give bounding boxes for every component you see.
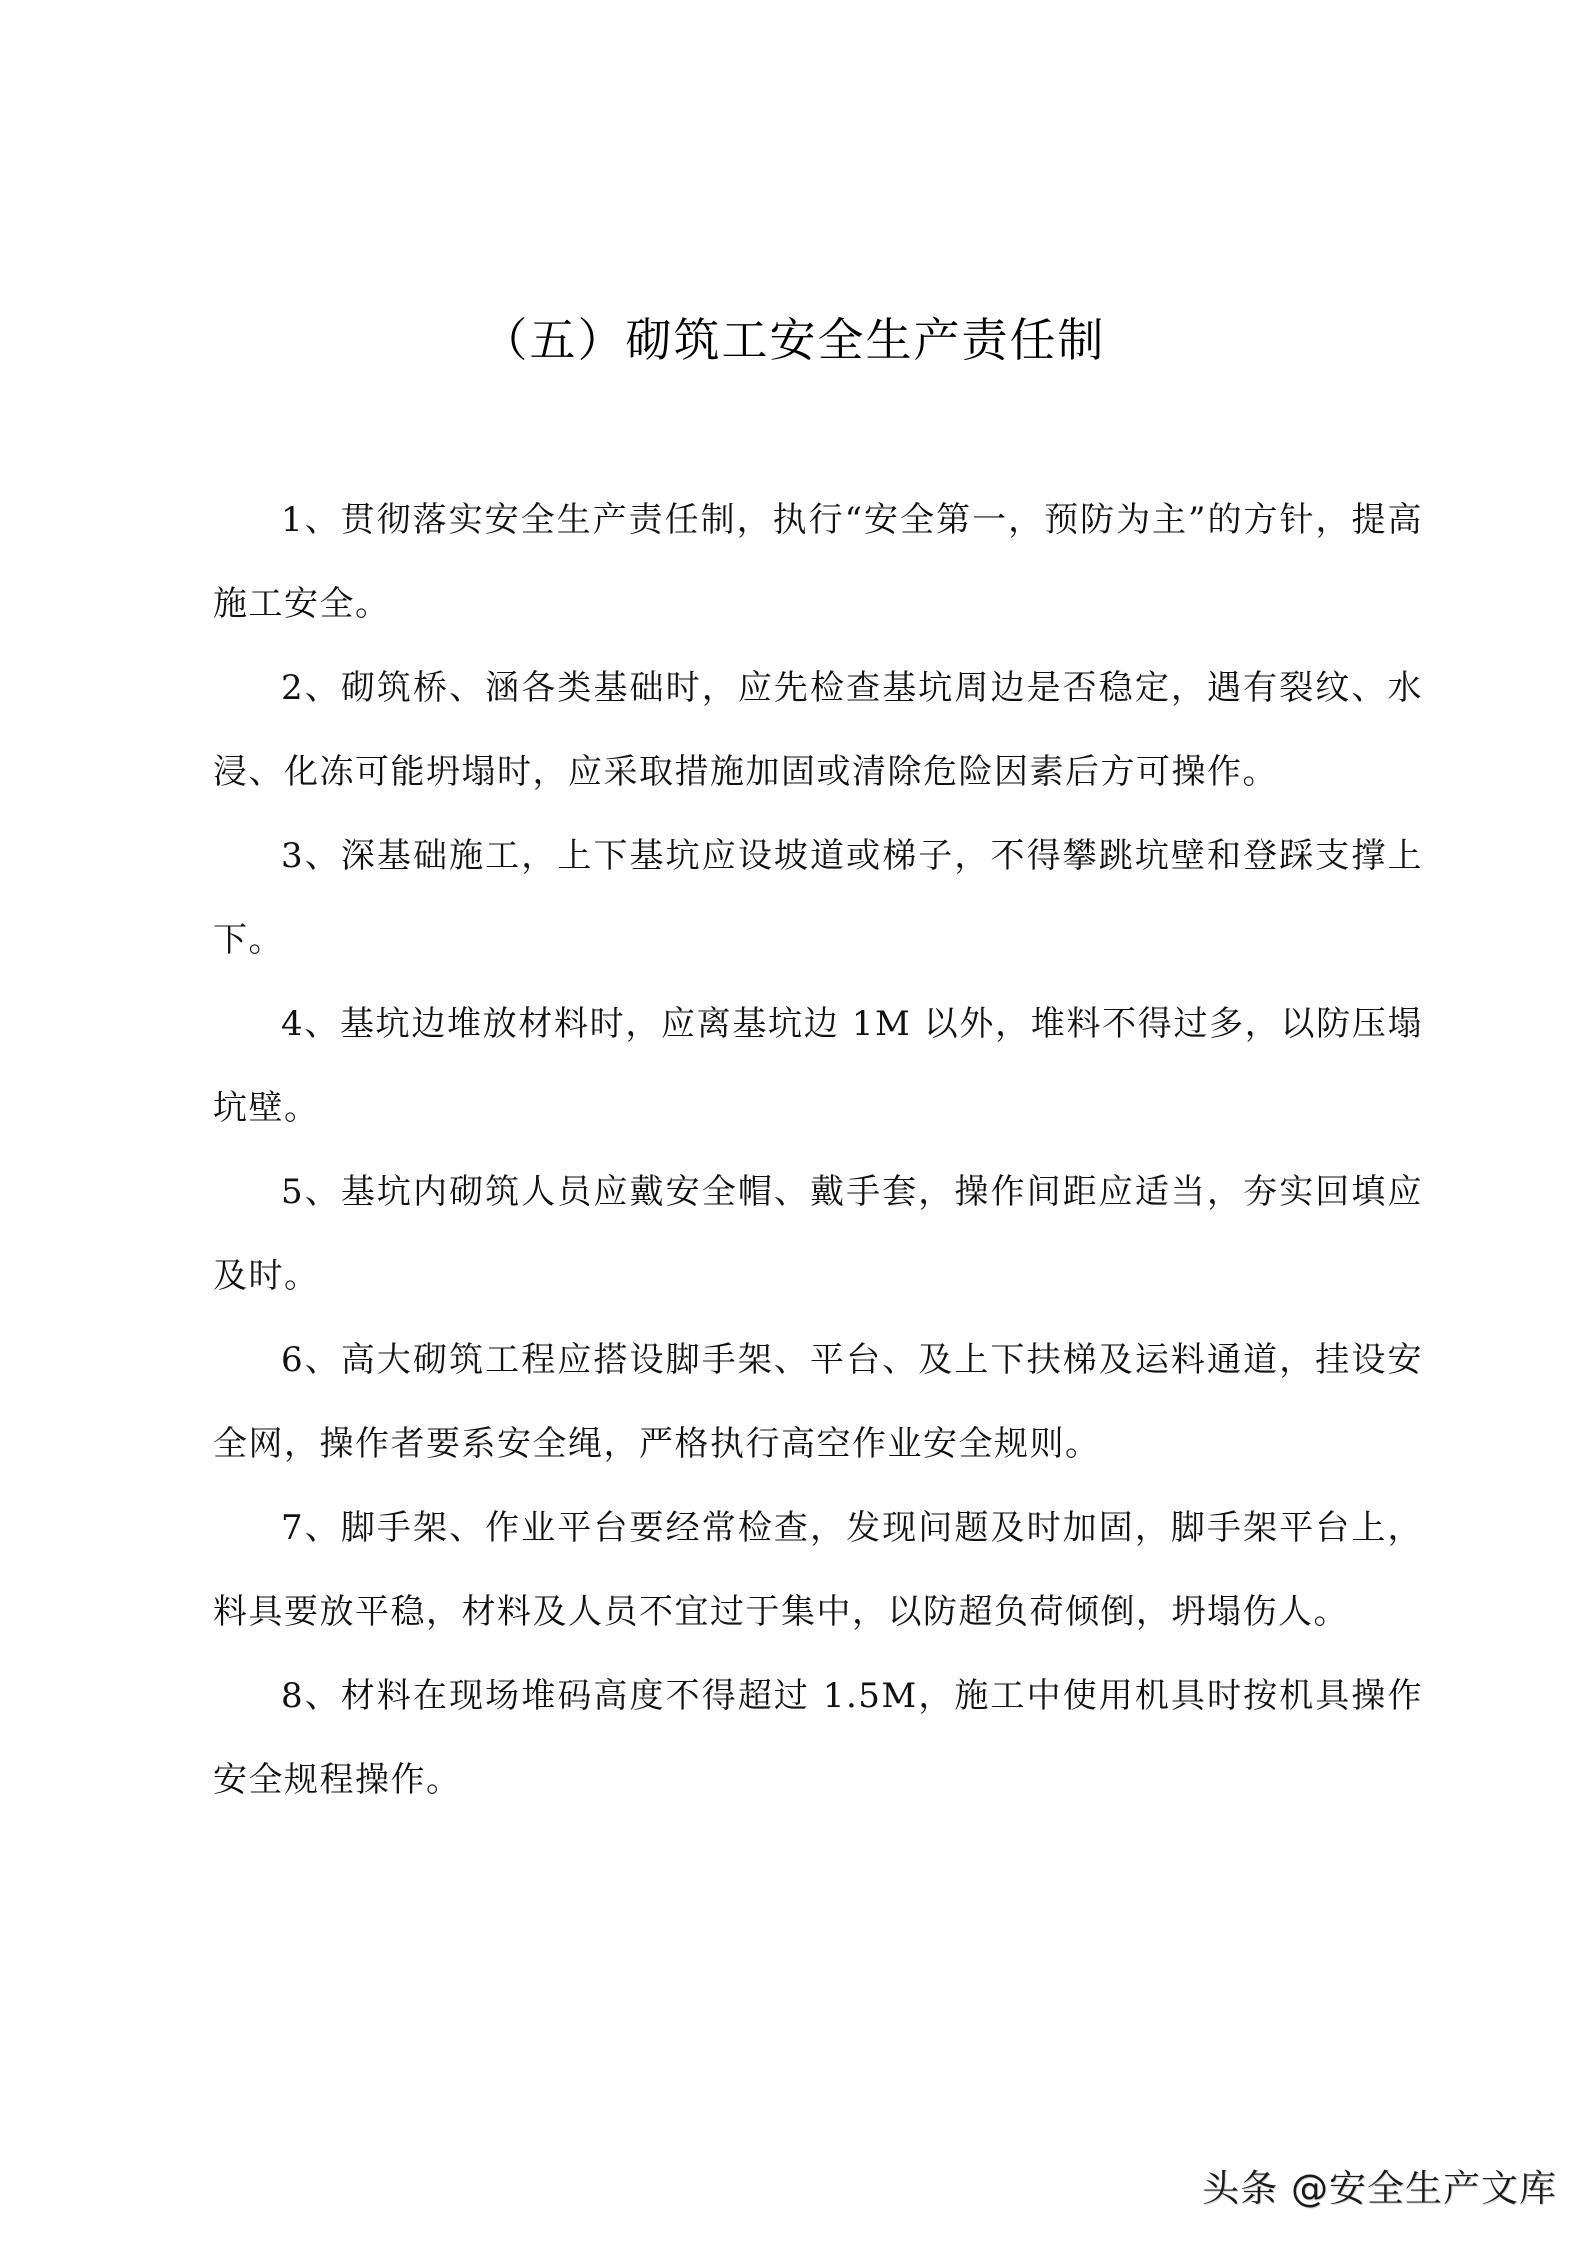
document-body: 1、贯彻落实安全生产责任制，执行“安全第一，预防为主”的方针，提高施工安全。 2… (213, 478, 1423, 1822)
document-page: （五）砌筑工安全生产责任制 1、贯彻落实安全生产责任制，执行“安全第一，预防为主… (0, 0, 1587, 2245)
paragraph-2: 2、砌筑桥、涵各类基础时，应先检查基坑周边是否稳定，遇有裂纹、水浸、化冻可能坍塌… (213, 646, 1423, 814)
paragraph-5: 5、基坑内砌筑人员应戴安全帽、戴手套，操作间距应适当，夯实回填应及时。 (213, 1150, 1423, 1318)
paragraph-7: 7、脚手架、作业平台要经常检查，发现问题及时加固，脚手架平台上，料具要放平稳，材… (213, 1486, 1423, 1654)
paragraph-8: 8、材料在现场堆码高度不得超过 1.5M，施工中使用机具时按机具操作安全规程操作… (213, 1654, 1423, 1822)
document-title: （五）砌筑工安全生产责任制 (0, 305, 1587, 375)
paragraph-3: 3、深基础施工，上下基坑应设坡道或梯子，不得攀跳坑壁和登踩支撑上下。 (213, 814, 1423, 982)
paragraph-1: 1、贯彻落实安全生产责任制，执行“安全第一，预防为主”的方针，提高施工安全。 (213, 478, 1423, 646)
paragraph-6: 6、高大砌筑工程应搭设脚手架、平台、及上下扶梯及运料通道，挂设安全网，操作者要系… (213, 1318, 1423, 1486)
paragraph-4: 4、基坑边堆放材料时，应离基坑边 1M 以外，堆料不得过多，以防压塌坑壁。 (213, 982, 1423, 1150)
source-watermark: 头条 @安全生产文库 (1202, 2158, 1557, 2212)
